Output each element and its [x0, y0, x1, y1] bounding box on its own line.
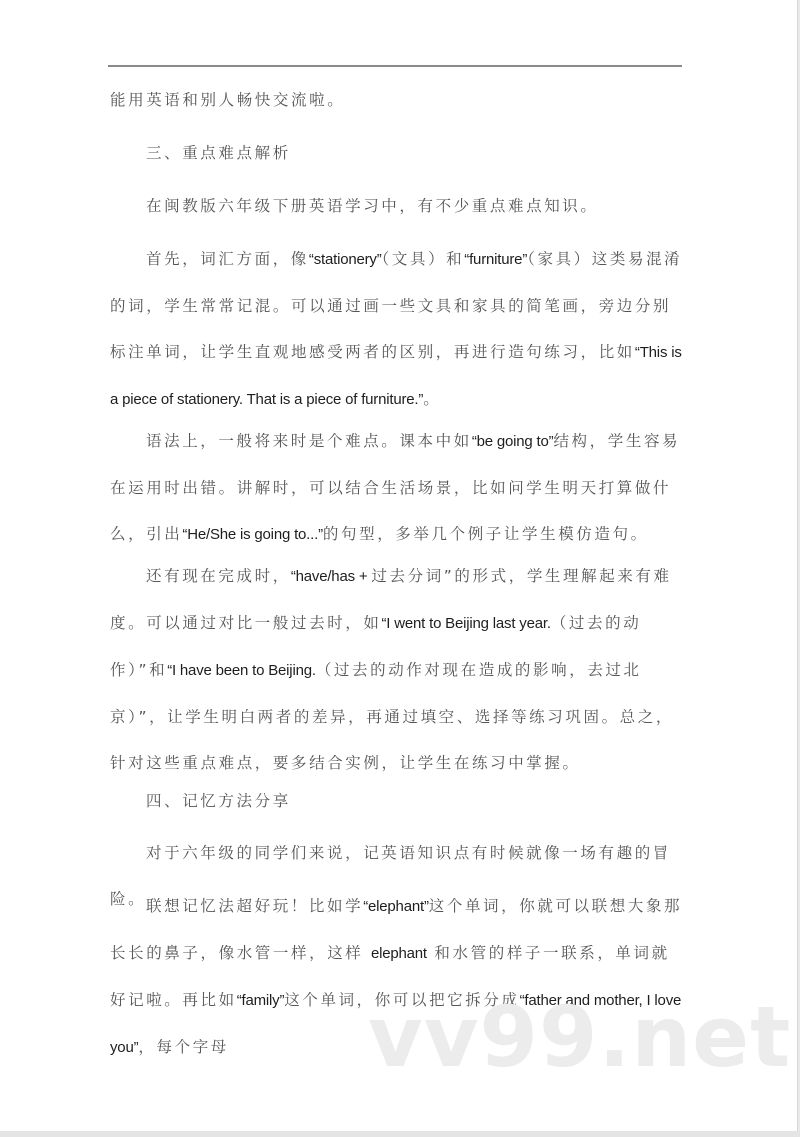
- text: 联想记忆法超好玩！比如学: [146, 897, 363, 915]
- header-rule: [108, 65, 682, 67]
- paragraph-vocabulary: 首先，词汇方面，像“stationery”（文具）和“furniture”（家具…: [110, 236, 684, 423]
- english-term: “be going to”: [472, 433, 554, 450]
- paragraph-grammar: 语法上，一般将来时是个难点。课本中如“be going to”结构，学生容易在运…: [110, 418, 684, 558]
- english-term: elephant: [371, 945, 427, 962]
- heading-text: 四、记忆方法分享: [146, 792, 291, 810]
- heading-text: 三、重点难点解析: [146, 144, 291, 162]
- text: 。: [423, 390, 441, 408]
- english-term: “elephant”: [363, 898, 429, 915]
- text: 能用英语和别人畅快交流啦。: [110, 91, 345, 109]
- paragraph-intro-end: 能用英语和别人畅快交流啦。: [110, 77, 684, 123]
- english-example: “I have been to Beijing.: [167, 662, 316, 679]
- section-3-intro: 在闽教版六年级下册英语学习中，有不少重点难点知识。: [110, 183, 684, 229]
- watermark: vv99.net: [368, 995, 791, 1079]
- text: ，每个字母: [138, 1038, 229, 1056]
- text: 首先，词汇方面，像: [146, 250, 309, 268]
- page-gap: [0, 1131, 800, 1137]
- text: 语法上，一般将来时是个难点。课本中如: [146, 432, 472, 450]
- paragraph-present-perfect: 还有现在完成时，“have/has + 过去分词”的形式，学生理解起来有难度。可…: [110, 553, 684, 786]
- english-example: “He/She is going to...”: [182, 526, 322, 543]
- english-term: “family”: [237, 992, 285, 1009]
- english-term: “furniture”: [464, 251, 527, 268]
- section-3-heading: 三、重点难点解析: [110, 130, 684, 176]
- english-term: “have/has +: [291, 568, 372, 585]
- english-term: “stationery”: [309, 251, 382, 268]
- text: 的句型，多举几个例子让学生模仿造句。: [323, 525, 649, 543]
- english-example: “I went to Beijing last year.: [382, 615, 551, 632]
- text: 在闽教版六年级下册英语学习中，有不少重点难点知识。: [146, 197, 599, 215]
- text: 还有现在完成时，: [146, 567, 291, 585]
- document-page: 能用英语和别人畅快交流啦。 三、重点难点解析 在闽教版六年级下册英语学习中，有不…: [0, 0, 798, 1132]
- section-4-heading: 四、记忆方法分享: [110, 778, 684, 824]
- text: （文具）和: [382, 250, 465, 268]
